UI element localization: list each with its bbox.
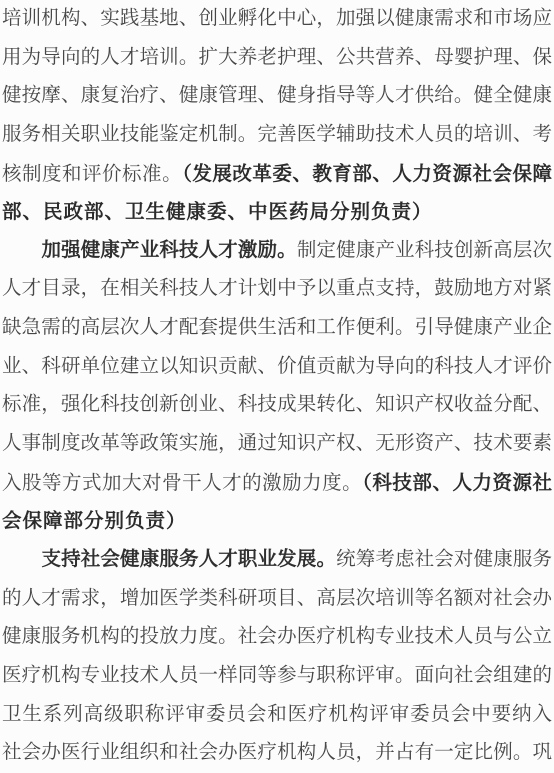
text-line-9: 缺急需的高层次人才配套提供生活和工作便利。引导健康产业企 — [2, 309, 552, 348]
text-line-18: 医疗机构专业技术人员一样同等参与职称评审。面向社会组建的 — [2, 657, 552, 696]
body-text: 入股等方式加大对骨干人才的激励力度。 — [2, 473, 362, 494]
body-text: 标准，强化科技创新创业、科技成果转化、知识产权收益分配、 — [2, 394, 552, 415]
body-text: 社会办医行业组织和社会办医疗机构人员，并占有一定比例。巩 — [2, 742, 552, 763]
text-line-15: 支持社会健康服务人才职业发展。统筹考虑社会对健康服务 — [2, 541, 552, 580]
paragraph-lead-text: 支持社会健康服务人才职业发展。 — [42, 549, 337, 570]
text-line-20: 社会办医行业组织和社会办医疗机构人员，并占有一定比例。巩 — [2, 734, 552, 773]
body-text: 培训机构、实践基地、创业孵化中心，加强以健康需求和市场应 — [2, 8, 552, 29]
paragraph-lead-text: 加强健康产业科技人才激励。 — [42, 240, 297, 261]
department-attribution-text: （科技部、人力资源社 — [362, 472, 552, 494]
body-text: 制定健康产业科技创新高层次 — [297, 240, 552, 261]
department-attribution-text: 部、民政部、卫生健康委、中医药局分别负责） — [2, 201, 433, 223]
document-text: 培训机构、实践基地、创业孵化中心，加强以健康需求和市场应用为导向的人才培训。扩大… — [2, 0, 552, 773]
body-text: 缺急需的高层次人才配套提供生活和工作便利。引导健康产业企 — [2, 317, 552, 338]
body-text: 健按摩、康复治疗、健康管理、健身指导等人才供给。健全健康 — [2, 85, 552, 106]
body-text: 服务相关职业技能鉴定机制。完善医学辅助技术人员的培训、考 — [2, 124, 552, 145]
body-text: 的人才需求，增加医学类科研项目、高层次培训等名额对社会办 — [2, 588, 552, 609]
text-line-14: 会保障部分别负责） — [2, 502, 552, 541]
body-text: 用为导向的人才培训。扩大养老护理、公共营养、母婴护理、保 — [2, 47, 552, 68]
body-text: 医疗机构专业技术人员一样同等参与职称评审。面向社会组建的 — [2, 665, 552, 686]
text-line-5: 核制度和评价标准。（发展改革委、教育部、人力资源社会保障 — [2, 155, 552, 194]
department-attribution-text: （发展改革委、教育部、人力资源社会保障 — [182, 163, 552, 185]
text-line-13: 入股等方式加大对骨干人才的激励力度。（科技部、人力资源社 — [2, 464, 552, 503]
text-line-10: 业、科研单位建立以知识贡献、价值贡献为导向的科技人才评价 — [2, 348, 552, 387]
text-line-7: 加强健康产业科技人才激励。制定健康产业科技创新高层次 — [2, 232, 552, 271]
body-text: 核制度和评价标准。 — [2, 164, 182, 185]
text-line-3: 健按摩、康复治疗、健康管理、健身指导等人才供给。健全健康 — [2, 77, 552, 116]
department-attribution-text: 会保障部分别负责） — [2, 510, 187, 532]
body-text: 健康服务机构的投放力度。社会办医疗机构专业技术人员与公立 — [2, 626, 552, 647]
text-line-8: 人才目录，在相关科技人才计划中予以重点支持，鼓励地方对紧 — [2, 270, 552, 309]
text-line-11: 标准，强化科技创新创业、科技成果转化、知识产权收益分配、 — [2, 386, 552, 425]
text-line-1: 培训机构、实践基地、创业孵化中心，加强以健康需求和市场应 — [2, 0, 552, 39]
text-line-19: 卫生系列高级职称评审委员会和医疗机构评审委员会中要纳入 — [2, 696, 552, 735]
body-text: 业、科研单位建立以知识贡献、价值贡献为导向的科技人才评价 — [2, 356, 552, 377]
body-text: 卫生系列高级职称评审委员会和医疗机构评审委员会中要纳入 — [2, 704, 552, 725]
text-line-4: 服务相关职业技能鉴定机制。完善医学辅助技术人员的培训、考 — [2, 116, 552, 155]
text-line-17: 健康服务机构的投放力度。社会办医疗机构专业技术人员与公立 — [2, 618, 552, 657]
text-line-6: 部、民政部、卫生健康委、中医药局分别负责） — [2, 193, 552, 232]
document-page: 培训机构、实践基地、创业孵化中心，加强以健康需求和市场应用为导向的人才培训。扩大… — [0, 0, 554, 773]
text-line-16: 的人才需求，增加医学类科研项目、高层次培训等名额对社会办 — [2, 580, 552, 619]
text-line-12: 人事制度改革等政策实施，通过知识产权、无形资产、技术要素 — [2, 425, 552, 464]
body-text: 人才目录，在相关科技人才计划中予以重点支持，鼓励地方对紧 — [2, 278, 552, 299]
text-line-2: 用为导向的人才培训。扩大养老护理、公共营养、母婴护理、保 — [2, 39, 552, 78]
body-text: 人事制度改革等政策实施，通过知识产权、无形资产、技术要素 — [2, 433, 552, 454]
body-text: 统筹考虑社会对健康服务 — [336, 549, 552, 570]
